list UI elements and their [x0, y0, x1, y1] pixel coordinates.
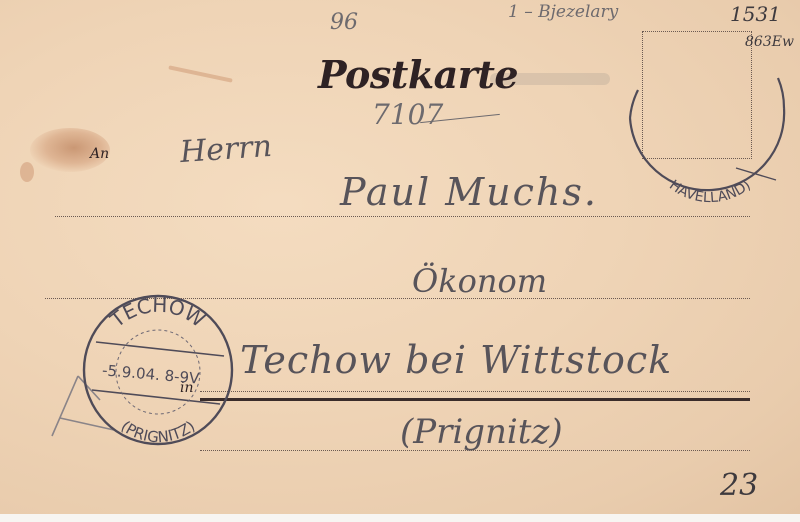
postmark-bottom-text: (PRIGNITZ) [118, 417, 199, 446]
town-underline [200, 398, 750, 401]
postmark-bottom-text: HAVELLAND) [666, 177, 754, 206]
handwritten-occupation: Ökonom [412, 262, 547, 300]
stain [20, 162, 34, 182]
postmark-havelland: HAVELLAND) [618, 68, 798, 213]
handwritten-district: (Prignitz) [400, 412, 563, 452]
postmark-techow: TECHOW -5.9.04. 8-9V (PRIGNITZ) [78, 290, 238, 450]
handwritten-salutation: Herrn [179, 129, 273, 170]
annotation-top-note: 1 – Bjezelary [508, 2, 618, 22]
address-line-1 [55, 216, 750, 217]
postcard-title: Postkarte [318, 52, 518, 97]
stain-streak [168, 65, 232, 82]
annotation-top-number: 96 [330, 10, 358, 35]
postmark-top-text: TECHOW [105, 293, 210, 333]
annotation-bottom-right-number: 23 [720, 468, 758, 503]
annotation-catalog-number: 7107 [372, 98, 443, 131]
handwritten-recipient-name: Paul Muchs. [340, 170, 598, 214]
address-line-3 [200, 391, 750, 392]
annotation-top-right-number: 1531 [730, 2, 781, 26]
annotation-top-right-code: 863Ew [745, 34, 794, 50]
address-prefix-label: An [90, 146, 109, 162]
handwritten-town: Techow bei Wittstock [240, 338, 672, 382]
postmark-date-text: -5.9.04. 8-9V [101, 361, 200, 387]
postcard: Postkarte An in Herrn Paul Muchs. Ökonom… [0, 0, 800, 514]
scan-border [0, 514, 800, 522]
